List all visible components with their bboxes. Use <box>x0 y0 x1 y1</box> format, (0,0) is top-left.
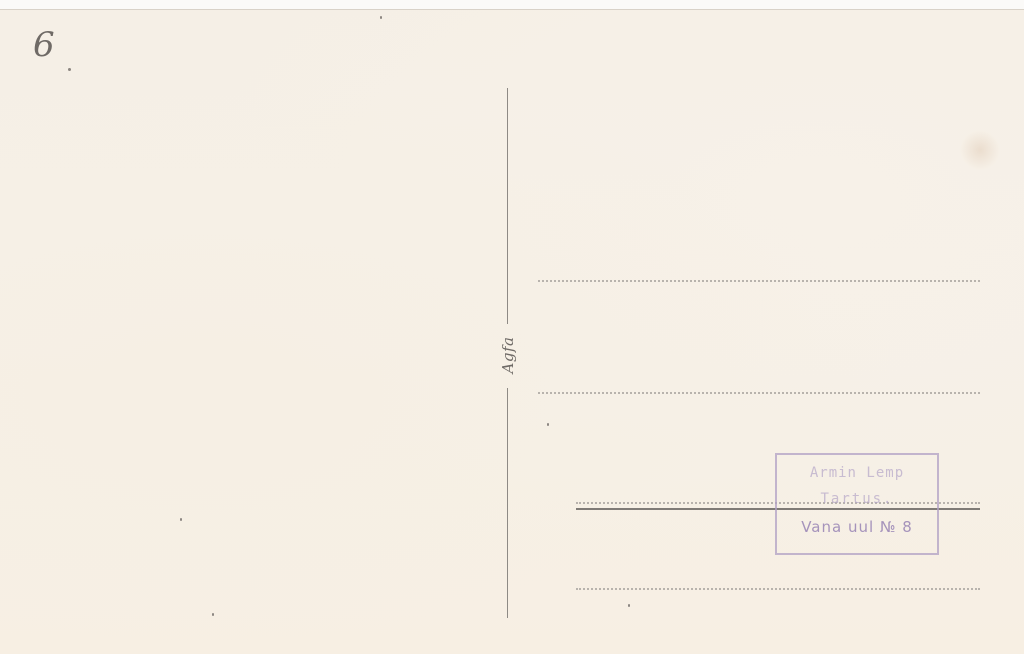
address-line-1 <box>538 280 980 282</box>
center-divider-top <box>507 88 508 324</box>
stamp-name: Armin Lemp <box>777 465 937 481</box>
paper-speck <box>380 16 382 19</box>
paper-stain <box>952 122 1008 178</box>
paper-speck <box>547 423 549 426</box>
paper-speck <box>212 613 214 616</box>
center-divider-bottom <box>507 388 508 618</box>
photographer-stamp: Armin Lemp Tartus. Vana uul № 8 <box>775 453 939 555</box>
paper-speck <box>628 604 630 607</box>
address-line-4 <box>576 588 980 590</box>
scan-background: 6 Agfa Armin Lemp Tartus. Vana uul № 8 <box>0 0 1024 654</box>
handwritten-dot <box>68 68 71 71</box>
paper-speck <box>180 518 182 521</box>
stamp-city: Tartus. <box>777 491 937 507</box>
stamp-address: Vana uul № 8 <box>777 518 937 536</box>
postcard-back: 6 Agfa Armin Lemp Tartus. Vana uul № 8 <box>0 9 1024 654</box>
paper-brand-label: Agfa <box>499 325 517 385</box>
handwritten-number: 6 <box>33 28 55 62</box>
address-line-2 <box>538 392 980 394</box>
